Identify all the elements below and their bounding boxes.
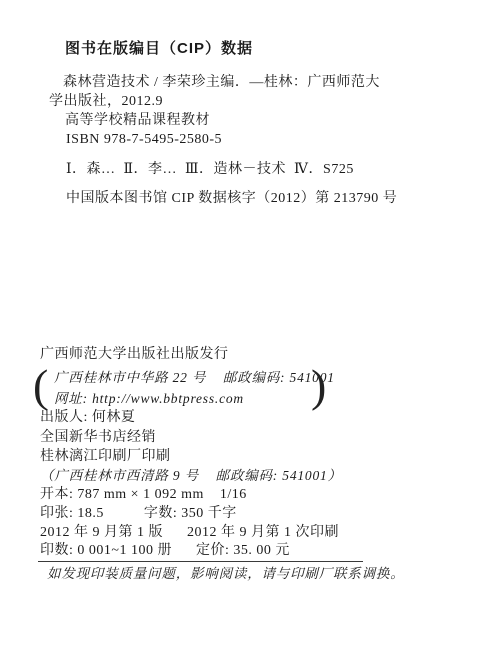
publisher-address-line: 广西桂林市中华路 22 号 邮政编码: 541001 [54,369,335,387]
cip-series-line: 高等学校精品课程教材 [65,112,210,130]
edition-line: 2012 年 9 月第 1 版 2012 年 9 月第 1 次印刷 [40,524,339,542]
left-parenthesis: ( [33,363,48,409]
sheets-line: 印张: 18.5 字数: 350 千字 [40,505,237,523]
publisher-line: 广西师范大学出版社出版发行 [40,346,229,364]
cip-title-line-wrap: 学出版社，2012.9 [49,93,163,111]
divider-rule [38,561,363,562]
format-line: 开本: 787 mm × 1 092 mm 1/16 [40,486,247,504]
print-run-line: 印数: 0 001~1 100 册 定价: 35. 00 元 [40,542,290,560]
distribution-line: 全国新华书店经销 [40,429,156,447]
right-parenthesis: ) [311,363,326,409]
publisher-website-line: 网址: http://www.bbtpress.com [54,390,244,408]
cip-heading: 图书在版编目（CIP）数据 [65,40,253,58]
cip-registry-line: 中国版本图书馆 CIP 数据核字（2012）第 213790 号 [66,190,397,208]
printer-address-line: （广西桂林市西清路 9 号 邮政编码: 541001） [40,467,342,485]
publisher-person-line: 出版人: 何林夏 [40,409,135,427]
cip-classification-line: Ⅰ．森… Ⅱ．李… Ⅲ．造林－技术 Ⅳ．S725 [66,161,354,179]
quality-notice-line: 如发现印装质量问题，影响阅读，请与印刷厂联系调换。 [47,565,405,583]
printer-line: 桂林漓江印刷厂印刷 [40,448,171,466]
cip-title-line: 森林营造技术 / 李荣珍主编．—桂林：广西师范大 [63,74,380,92]
copyright-page: 图书在版编目（CIP）数据 森林营造技术 / 李荣珍主编．—桂林：广西师范大 学… [0,0,500,653]
cip-isbn-line: ISBN 978-7-5495-2580-5 [66,131,222,149]
